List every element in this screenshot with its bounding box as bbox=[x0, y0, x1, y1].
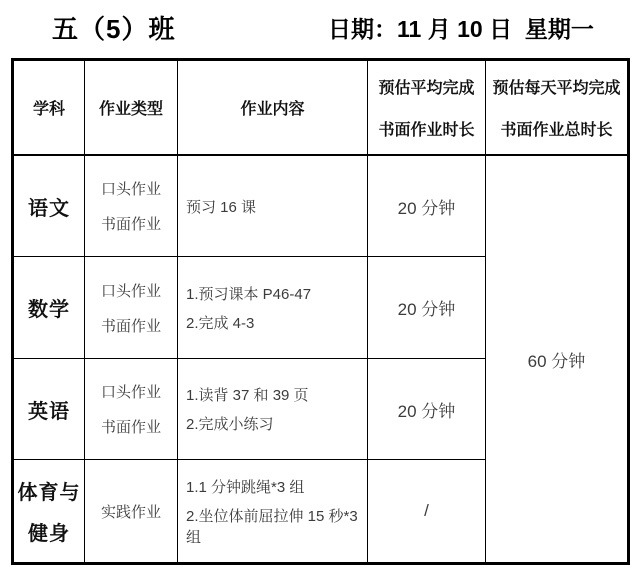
content-cell-english: 1.读背 37 和 39 页 2.完成小练习 bbox=[178, 359, 368, 460]
avg-time-cell-chinese: 20 分钟 bbox=[368, 156, 486, 257]
type-label: 书面作业 bbox=[101, 315, 161, 336]
content-line: 2.完成小练习 bbox=[186, 413, 274, 434]
col-header-type: 作业类型 bbox=[85, 61, 178, 156]
content-line: 1.读背 37 和 39 页 bbox=[186, 384, 309, 405]
type-label: 口头作业 bbox=[101, 178, 161, 199]
type-cell-math: 口头作业 书面作业 bbox=[85, 257, 178, 359]
subject-cell-math: 数学 bbox=[14, 257, 85, 359]
subject-cell-chinese: 语文 bbox=[14, 156, 85, 257]
subject-label: 健身 bbox=[28, 517, 70, 546]
col-header-total-time-line2: 书面作业总时长 bbox=[500, 117, 612, 140]
subject-cell-pe: 体育与 健身 bbox=[14, 460, 85, 562]
col-header-type-label: 作业类型 bbox=[99, 96, 163, 119]
type-label: 实践作业 bbox=[101, 501, 161, 522]
col-header-avg-time-line1: 预估平均完成 bbox=[378, 75, 474, 98]
avg-time-cell-english: 20 分钟 bbox=[368, 359, 486, 460]
type-cell-chinese: 口头作业 书面作业 bbox=[85, 156, 178, 257]
subject-label: 语文 bbox=[28, 192, 70, 221]
col-header-subject-label: 学科 bbox=[33, 96, 65, 119]
content-cell-math: 1.预习课本 P46-47 2.完成 4-3 bbox=[178, 257, 368, 359]
content-line: 预习 16 课 bbox=[186, 196, 256, 217]
content-line: 1.预习课本 P46-47 bbox=[186, 283, 311, 304]
content-line: 2.完成 4-3 bbox=[186, 312, 254, 333]
type-cell-pe: 实践作业 bbox=[85, 460, 178, 562]
type-cell-english: 口头作业 书面作业 bbox=[85, 359, 178, 460]
type-label: 口头作业 bbox=[101, 381, 161, 402]
subject-label: 英语 bbox=[28, 395, 70, 424]
homework-sheet: 五（5）班 日期：11 月 10 日 星期一 学科 作业类型 作业内容 预估平均… bbox=[0, 0, 641, 576]
avg-time-cell-math: 20 分钟 bbox=[368, 257, 486, 359]
subject-label: 体育与 bbox=[18, 476, 81, 505]
content-cell-pe: 1.1 分钟跳绳*3 组 2.坐位体前屈拉伸 15 秒*3 组 bbox=[178, 460, 368, 562]
type-label: 口头作业 bbox=[101, 280, 161, 301]
col-header-content: 作业内容 bbox=[178, 61, 368, 156]
content-line: 1.1 分钟跳绳*3 组 bbox=[186, 476, 304, 497]
class-title: 五（5）班 bbox=[52, 9, 175, 46]
subject-cell-english: 英语 bbox=[14, 359, 85, 460]
avg-time-cell-pe: / bbox=[368, 460, 486, 562]
col-header-subject: 学科 bbox=[14, 61, 85, 156]
type-label: 书面作业 bbox=[101, 416, 161, 437]
col-header-content-label: 作业内容 bbox=[240, 96, 304, 119]
date-label: 日期：11 月 10 日 星期一 bbox=[328, 11, 594, 44]
subject-label: 数学 bbox=[28, 293, 70, 322]
content-cell-chinese: 预习 16 课 bbox=[178, 156, 368, 257]
type-label: 书面作业 bbox=[101, 213, 161, 234]
content-line: 2.坐位体前屈拉伸 15 秒*3 组 bbox=[186, 505, 363, 547]
total-time-cell: 60 分钟 bbox=[486, 156, 627, 562]
homework-table: 学科 作业类型 作业内容 预估平均完成 书面作业时长 预估每天平均完成 书面作业… bbox=[11, 58, 630, 565]
col-header-total-time-line1: 预估每天平均完成 bbox=[492, 75, 620, 98]
col-header-avg-time: 预估平均完成 书面作业时长 bbox=[368, 61, 486, 156]
col-header-total-time: 预估每天平均完成 书面作业总时长 bbox=[486, 61, 627, 156]
col-header-avg-time-line2: 书面作业时长 bbox=[378, 117, 474, 140]
